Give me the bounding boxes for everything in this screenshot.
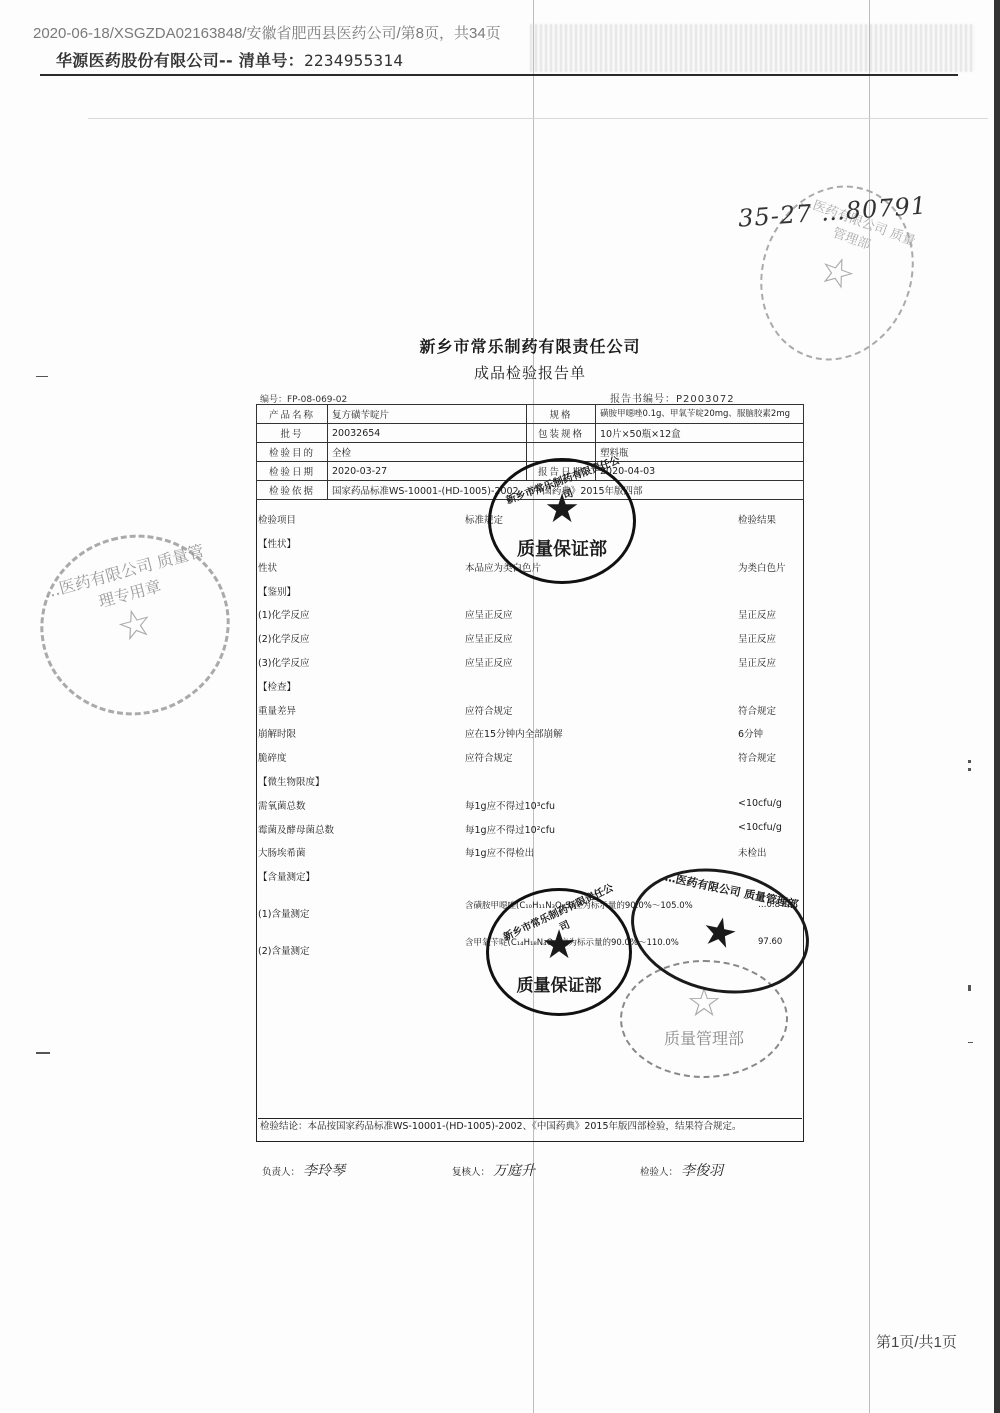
- table-row: 检验目的 全检 塑料瓶: [257, 443, 804, 462]
- test-standard: 应呈正反应: [465, 607, 513, 621]
- cell-label: 检验日期: [257, 462, 328, 481]
- qa-stamp-2: 新乡市常乐制药有限责任公司 ★ 质量保证部: [486, 888, 632, 1016]
- test-item: 脆碎度: [258, 750, 287, 764]
- scan-mark: [36, 376, 48, 377]
- test-item: 【含量测定】: [258, 869, 315, 883]
- cell-label: 批号: [257, 424, 328, 443]
- test-standard: 每1g应不得过10³cfu: [465, 798, 555, 812]
- test-standard: 每1g应不得过10²cfu: [465, 822, 555, 836]
- stamp-label: 质量保证部: [489, 971, 629, 996]
- cell-label: 产品名称: [257, 405, 328, 424]
- scan-noise: [530, 24, 975, 72]
- table-row: 【鉴别】: [258, 584, 803, 598]
- scan-mark: [968, 1042, 973, 1043]
- scan-mark: [968, 768, 971, 771]
- distributor-name: 华源医药股份有限公司--: [56, 51, 233, 70]
- test-standard: 应呈正反应: [465, 631, 513, 645]
- test-conclusion: 检验结论：本品按国家药品标准WS-10001-(HD-1005)-2002、《中…: [258, 1118, 802, 1135]
- table-row: 【检查】: [258, 679, 803, 693]
- test-result: <10cfu/g: [738, 798, 782, 809]
- sig-label: 负责人：: [262, 1167, 300, 1178]
- test-standard: 应在15分钟内全部崩解: [465, 726, 563, 740]
- table-row: 产品名称 复方磺苄啶片 规格 磺胺甲噁唑0.1g、甲氧苄啶20mg、服脑胶素2m…: [257, 405, 804, 424]
- test-result: 呈正反应: [738, 655, 776, 669]
- sig-label: 检验人：: [640, 1167, 678, 1178]
- scan-meta-line: 2020-06-18/XSGZDA02163848/安徽省肥西县医药公司/第8页…: [33, 22, 501, 43]
- page-indicator: 第1页/共1页: [876, 1331, 957, 1352]
- test-result: 6分钟: [738, 726, 763, 740]
- report-number: 报告书编号：P2003072: [610, 390, 735, 405]
- table-row: 崩解时限应在15分钟内全部崩解6分钟: [258, 726, 803, 740]
- divider: [88, 118, 988, 119]
- product-name: 复方磺苄啶片: [328, 405, 527, 424]
- stamp-label: 质量管理部: [622, 1026, 786, 1049]
- star-icon: ★: [541, 925, 577, 965]
- test-item: (2)含量测定: [258, 943, 309, 957]
- cell-label: 包装规格: [527, 424, 596, 443]
- test-item: 重量差异: [258, 703, 296, 717]
- test-result: 符合规定: [738, 750, 776, 764]
- qa-stamp: 新乡市常乐制药有限责任公司 ★ 质量保证部: [488, 458, 636, 584]
- test-result: 为类白色片: [738, 560, 786, 574]
- table-row: (3)化学反应应呈正反应呈正反应: [258, 655, 803, 669]
- signature-responsible: 负责人： 李玲琴: [262, 1160, 345, 1180]
- header-rule: [40, 74, 958, 76]
- star-icon: ☆: [813, 248, 860, 298]
- stamp-label: 质量保证部: [491, 535, 633, 561]
- test-result: <10cfu/g: [738, 822, 782, 833]
- form-title: 成品检验报告单: [0, 362, 1000, 383]
- cell-label: 检验目的: [257, 443, 328, 462]
- batch-number: 20032654: [328, 424, 527, 443]
- sig-name: 李玲琴: [303, 1163, 345, 1179]
- list-label: 清单号：: [239, 51, 304, 70]
- test-item: 大肠埃希菌: [258, 845, 306, 859]
- test-standard: 应呈正反应: [465, 655, 513, 669]
- star-icon: ★: [698, 910, 741, 957]
- package-value: 10片×50瓶×12盒: [596, 424, 804, 443]
- table-row: 大肠埃希菌每1g应不得检出未检出: [258, 845, 803, 859]
- test-item: 霉菌及酵母菌总数: [258, 822, 334, 836]
- star-icon: ☆: [113, 601, 158, 649]
- signature-reviewer: 复核人： 万庭升: [452, 1160, 535, 1180]
- test-item: (1)含量测定: [258, 906, 309, 920]
- table-row: 需氧菌总数每1g应不得过10³cfu<10cfu/g: [258, 798, 803, 812]
- spec-value: 磺胺甲噁唑0.1g、甲氧苄啶20mg、服脑胶素2mg: [596, 405, 804, 424]
- test-standard: 应符合规定: [465, 703, 513, 717]
- test-date: 2020-03-27: [328, 462, 527, 481]
- list-number: 2234955314: [304, 51, 403, 70]
- test-result: 呈正反应: [738, 631, 776, 645]
- table-row: 重量差异应符合规定符合规定: [258, 703, 803, 717]
- scan-mark: [968, 760, 971, 763]
- cell-label: 规格: [527, 405, 596, 424]
- test-result: 未检出: [738, 845, 767, 859]
- report-date: 2020-04-03: [596, 462, 804, 481]
- test-standard: 应符合规定: [465, 750, 513, 764]
- signature-inspector: 检验人： 李俊羽: [640, 1160, 723, 1180]
- table-row: 批号 20032654 包装规格 10片×50瓶×12盒: [257, 424, 804, 443]
- scan-edge: [994, 0, 1000, 1413]
- test-item: (1)化学反应: [258, 607, 309, 621]
- test-item: (3)化学反应: [258, 655, 309, 669]
- star-icon: ★: [544, 489, 580, 529]
- header-item: 检验项目: [258, 512, 296, 526]
- sig-label: 复核人：: [452, 1167, 490, 1178]
- test-item: (2)化学反应: [258, 631, 309, 645]
- scan-mark: [36, 1052, 50, 1054]
- table-row: (1)化学反应应呈正反应呈正反应: [258, 607, 803, 621]
- table-row: 脆碎度应符合规定符合规定: [258, 750, 803, 764]
- test-purpose: 全检: [328, 443, 527, 462]
- test-item: 【鉴别】: [258, 584, 296, 598]
- test-item: 性状: [258, 560, 277, 574]
- table-row: (2)化学反应应呈正反应呈正反应: [258, 631, 803, 645]
- container-value: 塑料瓶: [596, 443, 804, 462]
- distributor-header: 华源医药股份有限公司-- 清单号：2234955314: [56, 48, 403, 71]
- test-item: 【检查】: [258, 679, 296, 693]
- cell-label: 检验依据: [257, 481, 328, 500]
- table-row: 【微生物限度】: [258, 774, 803, 788]
- header-result: 检验结果: [738, 512, 776, 526]
- test-result: 符合规定: [738, 703, 776, 717]
- scan-mark: [968, 985, 971, 991]
- sig-name: 万庭升: [493, 1163, 535, 1179]
- test-item: 【微生物限度】: [258, 774, 325, 788]
- faint-stamp-left: …医药有限公司 质量管理专用章 ☆: [20, 513, 250, 736]
- table-row: 霉菌及酵母菌总数每1g应不得过10²cfu<10cfu/g: [258, 822, 803, 836]
- test-standard: 每1g应不得检出: [465, 845, 534, 859]
- test-item: 崩解时限: [258, 726, 296, 740]
- test-item: 【性状】: [258, 536, 296, 550]
- company-title: 新乡市常乐制药有限责任公司: [0, 334, 1000, 357]
- test-result: 呈正反应: [738, 607, 776, 621]
- test-item: 需氧菌总数: [258, 798, 306, 812]
- sig-name: 李俊羽: [681, 1163, 723, 1179]
